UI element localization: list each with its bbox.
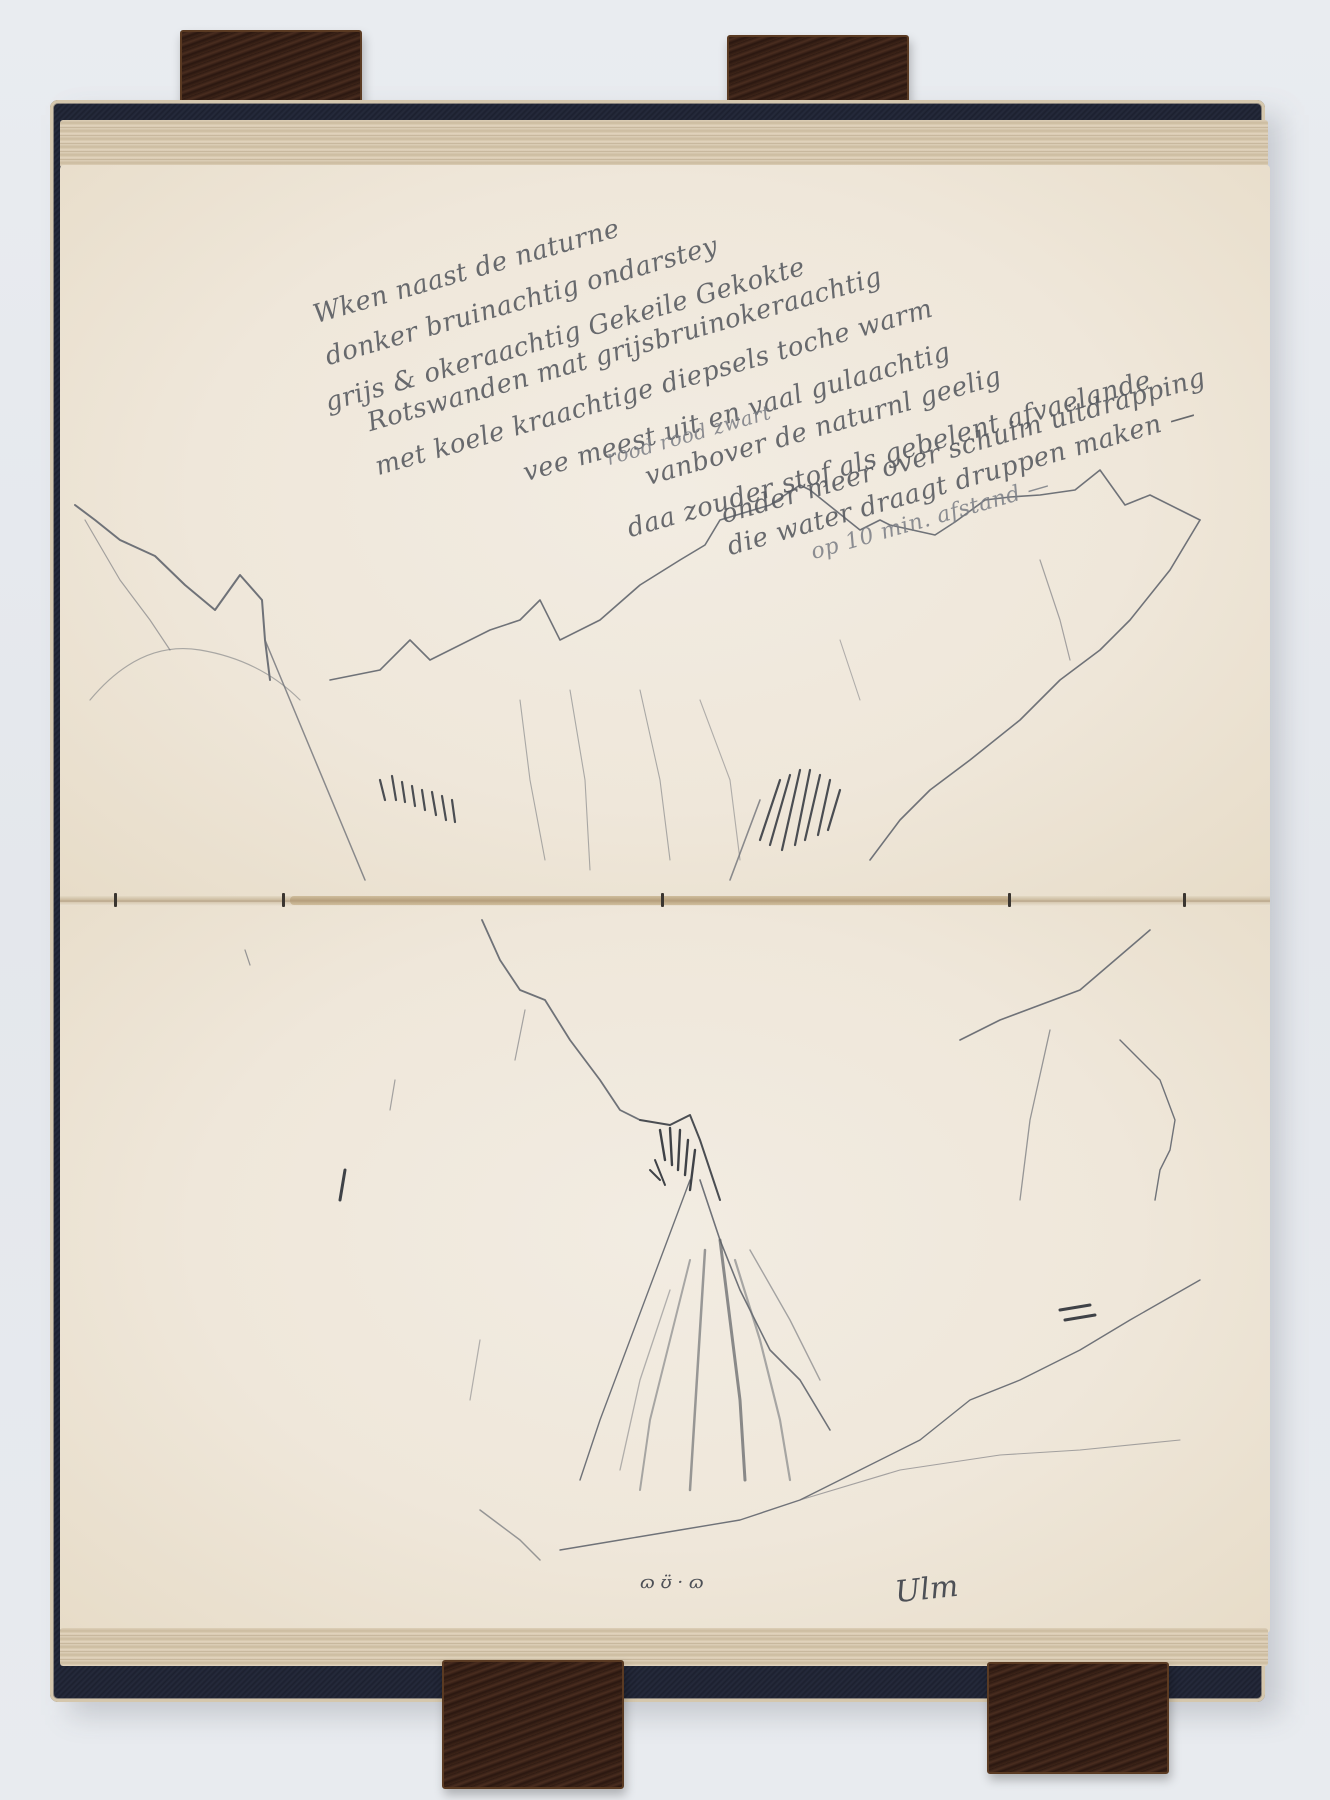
pencil-sketches	[0, 0, 1330, 1800]
small-note: ɷ ʊ̈ · ɷ	[640, 1572, 704, 1593]
artist-signature: Ulm	[893, 1569, 960, 1610]
